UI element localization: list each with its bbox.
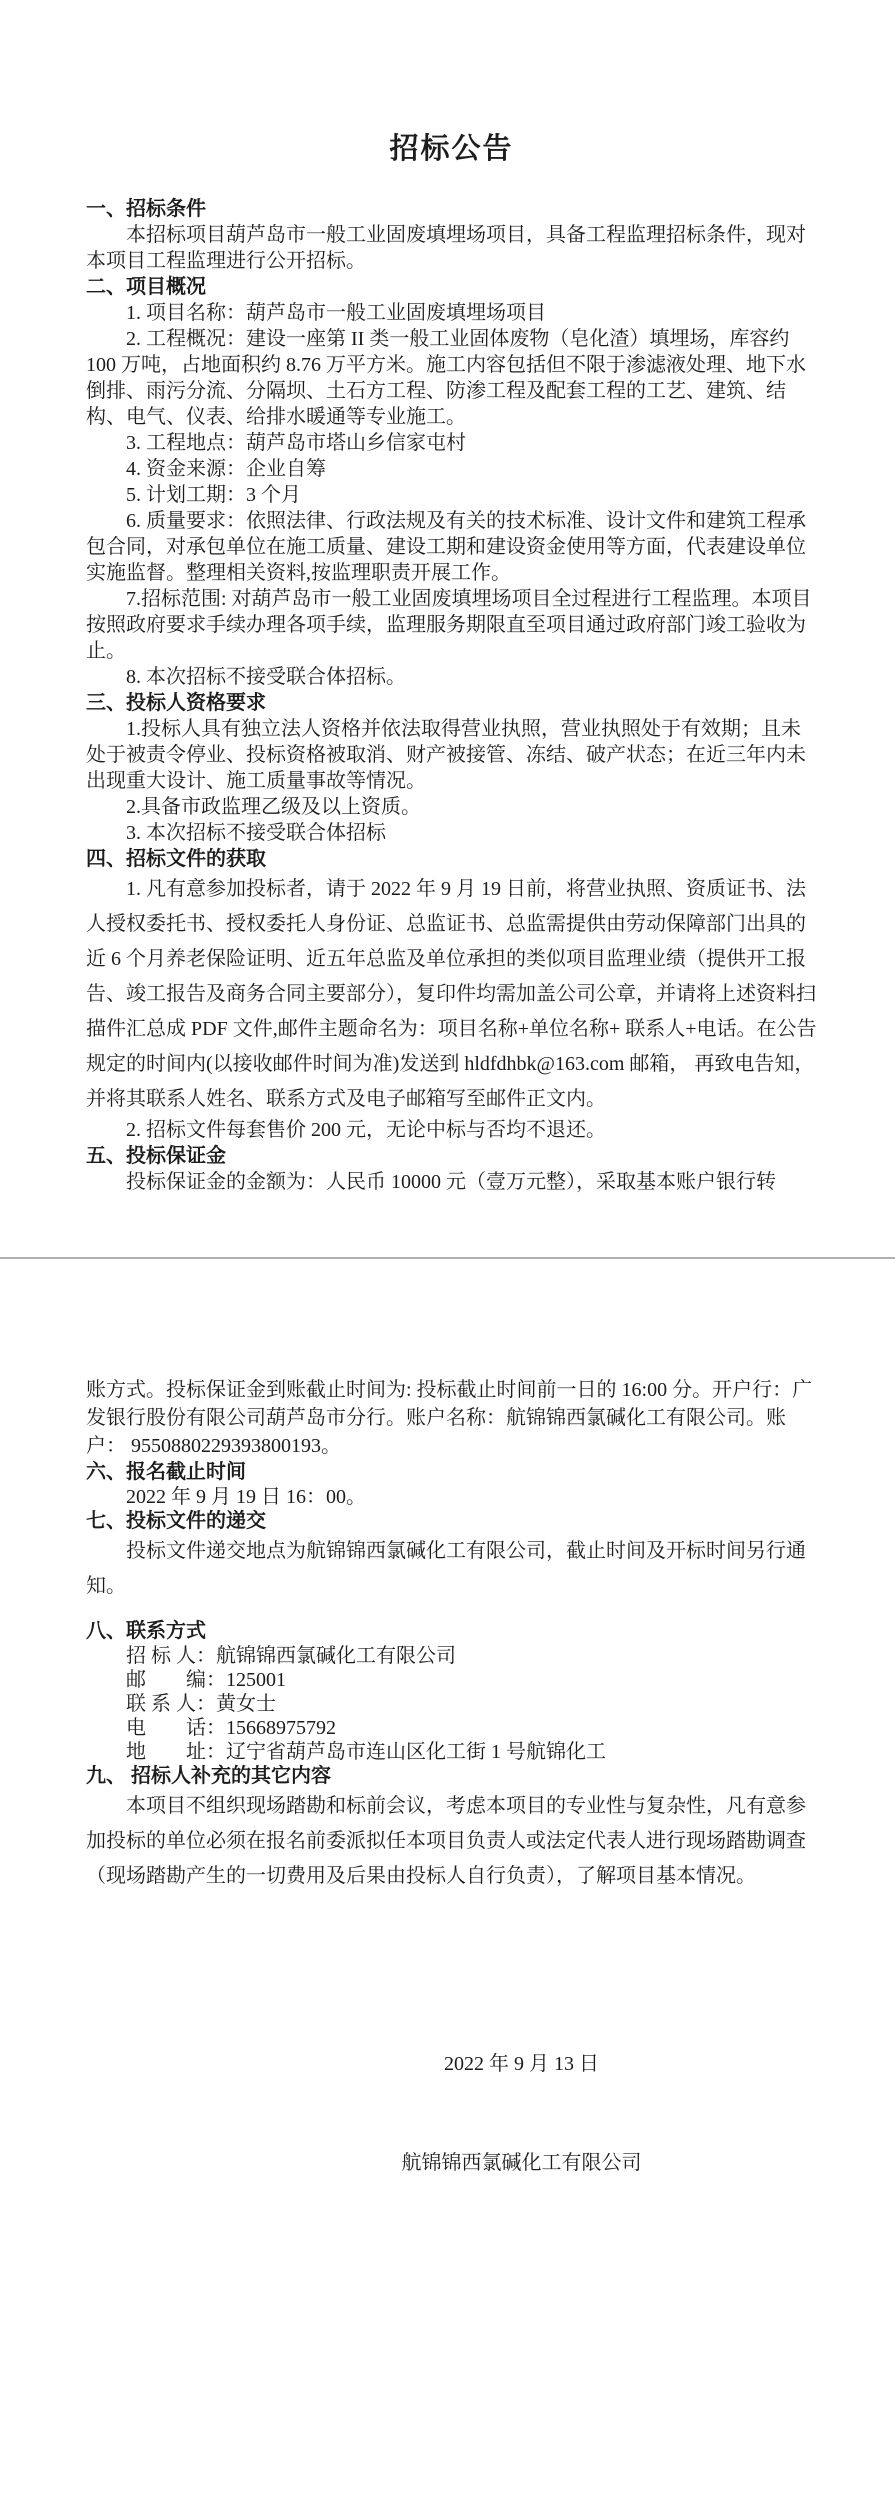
list-item-funding-source: 4. 资金来源：企业自筹 bbox=[86, 456, 817, 482]
list-item-legal-person: 1.投标人具有独立法人资格并依法取得营业执照，营业执照处于有效期；且未处于被责令… bbox=[86, 716, 817, 794]
paragraph-site-survey: 本项目不组织现场踏勘和标前会议，考虑本项目的专业性与复杂性，凡有意参加投标的单位… bbox=[86, 1789, 817, 1894]
section-heading-supplementary: 九、 招标人补充的其它内容 bbox=[86, 1764, 817, 1789]
contact-line-address: 地 址：辽宁省葫芦岛市连山区化工街 1 号航锦化工 bbox=[86, 1740, 817, 1764]
signature-company: 航锦锦西氯碱化工有限公司 bbox=[226, 2147, 817, 2180]
section-heading-obtaining-documents: 四、招标文件的获取 bbox=[86, 846, 817, 872]
list-item-supervision-grade: 2.具备市政监理乙级及以上资质。 bbox=[86, 794, 817, 820]
tender-announcement-document: 招标公告 一、招标条件 本招标项目葫芦岛市一般工业固废填埋场项目，具备工程监理招… bbox=[0, 0, 895, 2500]
section-heading-project-overview: 二、项目概况 bbox=[86, 274, 817, 300]
contact-line-phone: 电 话：15668975792 bbox=[86, 1716, 817, 1740]
list-item-project-location: 3. 工程地点：葫芦岛市塔山乡信家屯村 bbox=[86, 430, 817, 456]
contact-line-contact-person: 联 系 人：黄女士 bbox=[86, 1692, 817, 1716]
section-heading-bid-deposit: 五、投标保证金 bbox=[86, 1143, 817, 1169]
signature-date: 2022 年 9 月 13 日 bbox=[226, 2048, 817, 2081]
page-divider bbox=[0, 1257, 895, 1259]
paragraph: 本招标项目葫芦岛市一般工业固废填埋场项目，具备工程监理招标条件，现对本项目工程监… bbox=[86, 222, 817, 274]
paragraph-deadline-date: 2022 年 9 月 19 日 16：00。 bbox=[86, 1485, 817, 1509]
page-2: 账方式。投标保证金到账截止时间为: 投标截止时间前一日的 16:00 分。开户行… bbox=[0, 1376, 895, 2246]
paragraph-document-submission: 1. 凡有意参加投标者，请于 2022 年 9 月 19 日前，将营业执照、资质… bbox=[86, 872, 817, 1117]
list-item-quality-requirements: 6. 质量要求：依照法律、行政法规及有关的技术标准、设计文件和建筑工程承包合同，… bbox=[86, 508, 817, 586]
list-item-project-name: 1. 项目名称：葫芦岛市一般工业固废填埋场项目 bbox=[86, 300, 817, 326]
list-item-no-consortium: 8. 本次招标不接受联合体招标。 bbox=[86, 664, 817, 690]
section-heading-registration-deadline: 六、报名截止时间 bbox=[86, 1460, 817, 1485]
paragraph-submission-location: 投标文件递交地点为航锦锦西氯碱化工有限公司，截止时间及开标时间另行通知。 bbox=[86, 1534, 817, 1604]
contact-line-tenderer: 招 标 人：航锦锦西氯碱化工有限公司 bbox=[86, 1644, 817, 1668]
paragraph-deposit-amount: 投标保证金的金额为：人民币 10000 元（壹万元整），采取基本账户银行转 bbox=[86, 1169, 817, 1195]
list-item-no-consortium-2: 3. 本次招标不接受联合体招标 bbox=[86, 820, 817, 846]
list-item-planned-duration: 5. 计划工期：3 个月 bbox=[86, 482, 817, 508]
doc-title: 招标公告 bbox=[86, 128, 817, 170]
list-item-project-scope: 2. 工程概况：建设一座第 II 类一般工业固体废物（皂化渣）填埋场，库容约 1… bbox=[86, 326, 817, 430]
page-1: 招标公告 一、招标条件 本招标项目葫芦岛市一般工业固废填埋场项目，具备工程监理招… bbox=[0, 0, 895, 1195]
list-item-bid-scope: 7.招标范围: 对葫芦岛市一般工业固废填埋场项目全过程进行工程监理。本项目按照政… bbox=[86, 586, 817, 664]
section-heading-bid-conditions: 一、招标条件 bbox=[86, 196, 817, 222]
signature-block: 2022 年 9 月 13 日 航锦锦西氯碱化工有限公司 bbox=[86, 1982, 817, 2246]
section-heading-bid-submission: 七、投标文件的递交 bbox=[86, 1509, 817, 1534]
paragraph-deposit-continued: 账方式。投标保证金到账截止时间为: 投标截止时间前一日的 16:00 分。开户行… bbox=[86, 1376, 817, 1460]
section-heading-contact-info: 八、联系方式 bbox=[86, 1619, 817, 1644]
section-heading-bidder-qualifications: 三、投标人资格要求 bbox=[86, 690, 817, 716]
contact-line-postcode: 邮 编：125001 bbox=[86, 1668, 817, 1692]
list-item-document-price: 2. 招标文件每套售价 200 元，无论中标与否均不退还。 bbox=[86, 1117, 817, 1143]
